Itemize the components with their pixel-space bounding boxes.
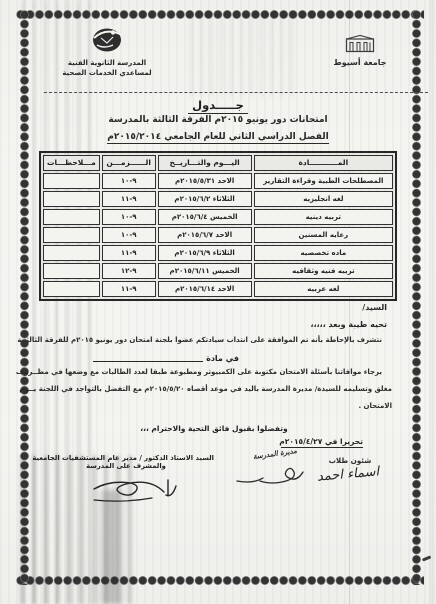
supervisor-block: السيد الاستاذ الدكتور / مدير عام المستشف… [38, 454, 214, 470]
supervisor-signature-icon [86, 476, 182, 514]
addressee-line: السيد/ [362, 303, 387, 312]
time-cell: ٩-١١ [102, 245, 156, 261]
closing-salutation: وتفضلوا بقبول فائق التحية والاحترام ،،، [108, 424, 320, 433]
col-header-subject: المـــــــــــادة [254, 155, 393, 171]
table-header-row: المـــــــــــادة اليـــوم والتـــاريــخ… [43, 155, 393, 171]
date-cell: الاحد ٢٠١٥/٥/٣١م [158, 173, 252, 189]
col-header-time: الــــــزمـــن [102, 155, 156, 171]
school-name-line1: المدرسة الثانوية الفنية [46, 58, 168, 68]
student-affairs-block: شئون طلاب [326, 456, 374, 465]
subject-cell: رعايه المسنين [254, 227, 393, 243]
time-cell: ٩-١٠ [102, 173, 156, 189]
delegation-paragraph: نتشرف بالإحاطة بأنه تم الموافقة على انتد… [34, 336, 392, 344]
university-letterhead: جامعة أسيوط [328, 34, 392, 68]
date-cell: الخميس ٢٠١٥/٦/٤م [158, 209, 252, 225]
table-row: ماده تخصصيهالثلاثاء ٢٠١٥/٦/٩م٩-١١ [43, 245, 393, 261]
pen-mark [422, 555, 431, 561]
subject-cell: تربيه دينيه [254, 209, 393, 225]
instructions-line3: الامتحان . [44, 402, 392, 410]
table-row: رعايه المسنينالاحد ٢٠١٥/٦/٧م٩-١٠ [43, 227, 393, 243]
student-affairs-signature: اسماء احمد [298, 463, 399, 487]
instructions-line2: مغلق وتسليمه للسيدة/ مديرة المدرسة باليد… [44, 385, 392, 393]
subject-blank-line: في مادة [93, 353, 239, 363]
notes-cell [43, 191, 100, 207]
time-cell: ٩-١١ [102, 191, 156, 207]
bead-border-bottom [16, 576, 424, 585]
subject-cell: المصطلحات الطبية وقراءة التقارير [254, 173, 393, 189]
date-cell: الثلاثاء ٢٠١٥/٦/٢م [158, 191, 252, 207]
bead-border-top [16, 10, 424, 19]
time-cell: ٩-١١ [102, 281, 156, 297]
notes-cell [43, 245, 100, 261]
document-title: جـــــدول [0, 98, 436, 112]
bead-border-right [412, 10, 421, 585]
school-emblem-icon [86, 26, 128, 54]
subject-cell: ماده تخصصيه [254, 245, 393, 261]
scan-streak-top [190, 12, 300, 97]
scan-texture [0, 0, 436, 604]
table-row: تربيه دينيهالخميس ٢٠١٥/٦/٤م٩-١٠ [43, 209, 393, 225]
principal-signature-icon [233, 464, 307, 494]
table-row: لغه انجليزيهالثلاثاء ٢٠١٥/٦/٢م٩-١١ [43, 191, 393, 207]
exam-schedule-table: المـــــــــــادة اليـــوم والتـــاريــخ… [39, 151, 397, 301]
title-line2: امتحانات دور يونيو ٢٠١٥م الفرقة الثالثة … [0, 115, 436, 125]
subject-label: في مادة [206, 354, 239, 363]
col-header-day-date: اليـــوم والتـــاريــخ [158, 155, 252, 171]
date-cell: الثلاثاء ٢٠١٥/٦/٩م [158, 245, 252, 261]
table-row: لغه عربيهالاحد ٢٠١٥/٦/١٤م٩-١١ [43, 281, 393, 297]
subject-cell: لغه انجليزيه [254, 191, 393, 207]
time-cell: ٩-١٠ [102, 227, 156, 243]
dashed-separator [44, 92, 428, 93]
scan-streak-left [22, 0, 94, 604]
school-name-line2: لمساعدي الخدمات الصحية [46, 68, 168, 78]
principal-title: مديرة المدرسة [245, 446, 306, 462]
notes-cell [43, 173, 100, 189]
bead-border-left [20, 10, 29, 585]
scanned-exam-schedule-document: المدرسة الثانوية الفنية لمساعدي الخدمات … [0, 0, 436, 604]
subject-cell: لغه عربيه [254, 281, 393, 297]
date-cell: الاحد ٢٠١٥/٦/٧م [158, 227, 252, 243]
notes-cell [43, 227, 100, 243]
title-line3: الفصل الدراسي الثاني للعام الجامعي ٢٠١٥/… [0, 132, 436, 142]
notes-cell [43, 281, 100, 297]
supervisor-title-line2: والمشرف على المدرسة [38, 462, 214, 470]
student-affairs-title: شئون طلاب [326, 456, 374, 465]
notes-cell [43, 209, 100, 225]
university-emblem-icon [345, 34, 375, 53]
school-letterhead: المدرسة الثانوية الفنية لمساعدي الخدمات … [46, 26, 168, 78]
date-cell: الاحد ٢٠١٥/٦/١٤م [158, 281, 252, 297]
subject-cell: تربيه فنيه وثقافيه [254, 263, 393, 279]
greeting-line: تحيه طيبة وبعد ،،،،، [311, 320, 387, 329]
col-header-notes: مـــلاحظـــات [43, 155, 100, 171]
notes-cell [43, 263, 100, 279]
blank-fill-line [93, 353, 203, 362]
university-name: جامعة أسيوط [328, 57, 392, 68]
table-row: تربيه فنيه وثقافيهالخميس ٢٠١٥/٦/١١م٩-١٢ [43, 263, 393, 279]
scan-edge-shadow [429, 0, 436, 604]
table-row: المصطلحات الطبية وقراءة التقاريرالاحد ٢٠… [43, 173, 393, 189]
time-cell: ٩-١٢ [102, 263, 156, 279]
instructions-line1: برجاء موافاتنا بأسئلة الامتحان مكتوبة عل… [34, 368, 392, 376]
principal-block: مديرة المدرسة [245, 446, 306, 462]
supervisor-title-line1: السيد الاستاذ الدكتور / مدير عام المستشف… [38, 454, 214, 462]
exam-table-body: المصطلحات الطبية وقراءة التقاريرالاحد ٢٠… [43, 173, 393, 297]
fold-line [349, 0, 350, 604]
time-cell: ٩-١٠ [102, 209, 156, 225]
date-cell: الخميس ٢٠١٥/٦/١١م [158, 263, 252, 279]
